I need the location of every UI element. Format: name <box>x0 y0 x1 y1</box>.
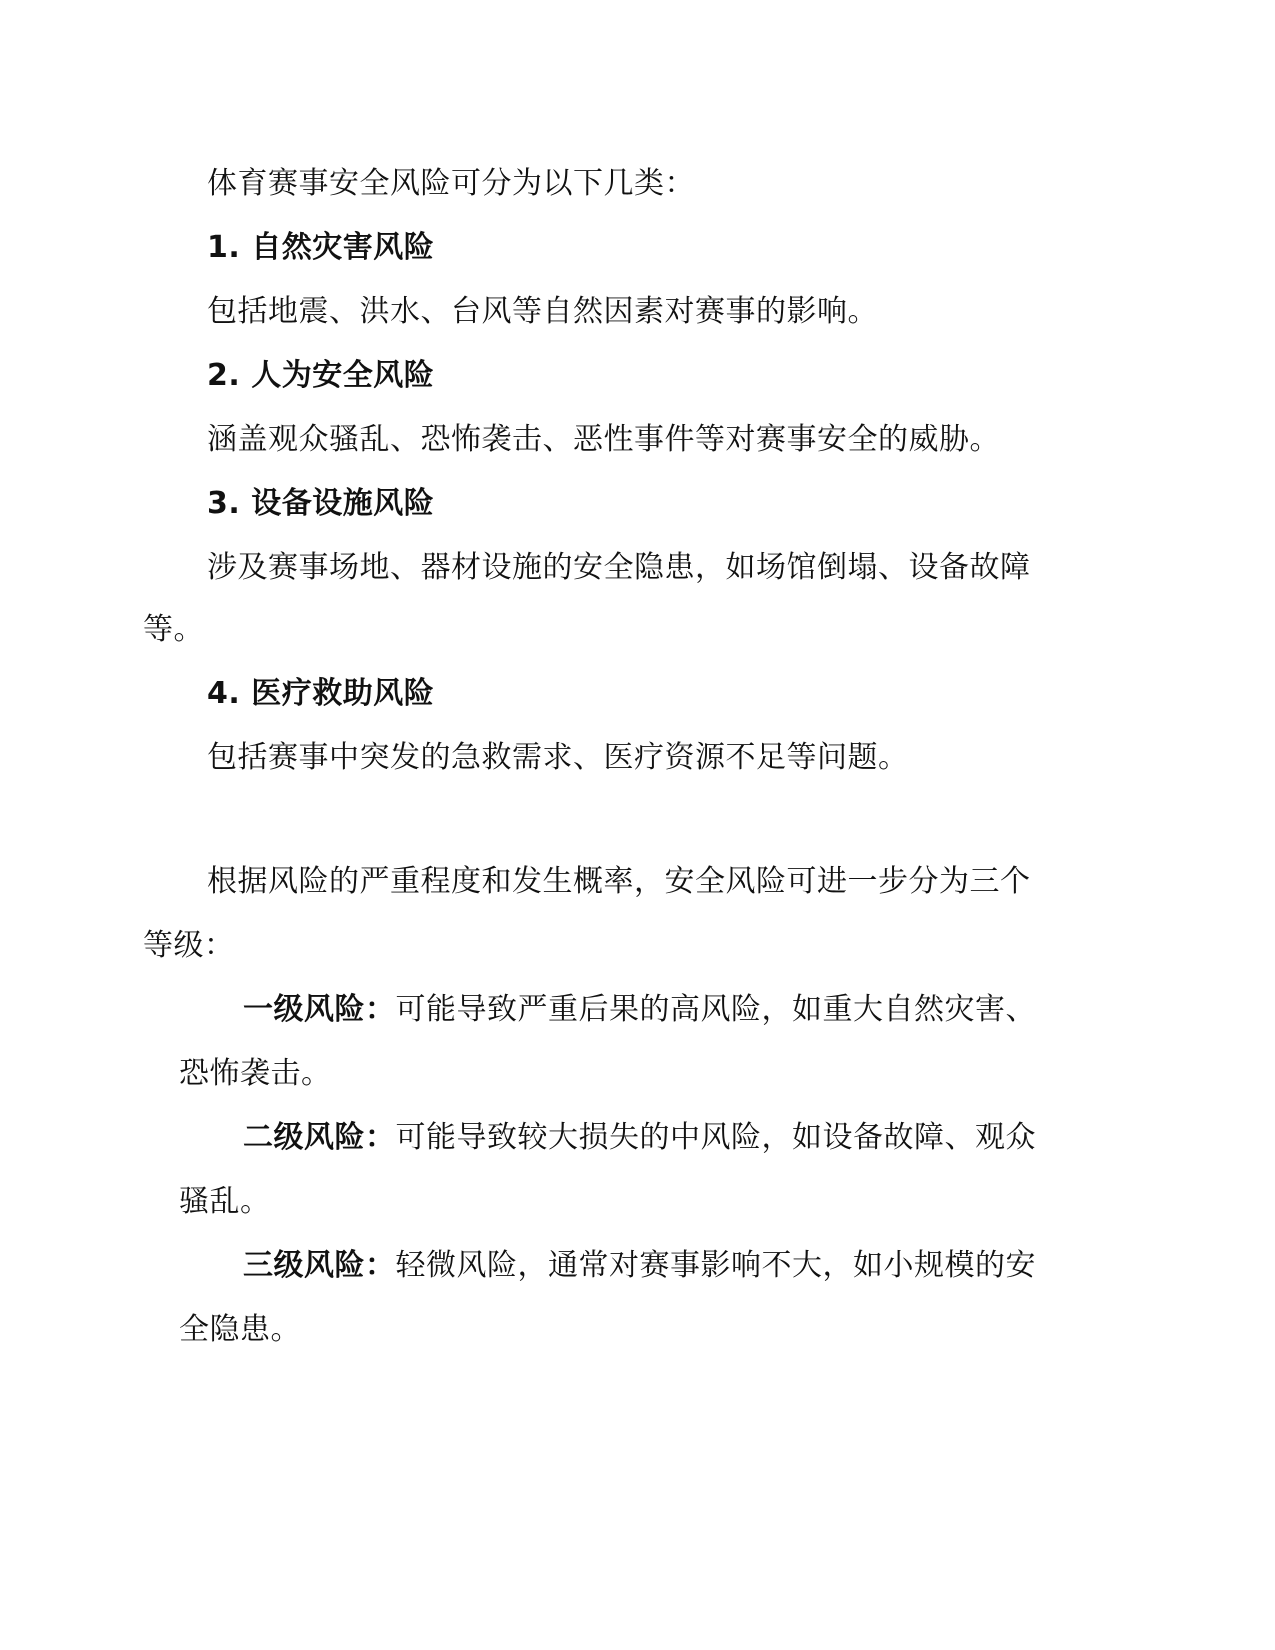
category-desc: 涵盖观众骚乱、恐怖袭击、恶性事件等对赛事安全的威胁。 <box>207 420 1000 460</box>
category-heading: 1. 自然灾害风险 <box>207 228 434 268</box>
category-heading: 3. 设备设施风险 <box>207 484 434 524</box>
level-text-cont: 全隐患。 <box>179 1310 301 1350</box>
category-desc: 涉及赛事场地、器材设施的安全隐患，如场馆倒塌、设备故障 <box>207 548 1031 588</box>
level-text: 可能导致严重后果的高风险，如重大自然灾害、 <box>396 992 1037 1027</box>
level-text: 可能导致较大损失的中风险，如设备故障、观众 <box>396 1120 1037 1155</box>
category-desc: 包括赛事中突发的急救需求、医疗资源不足等问题。 <box>207 738 909 778</box>
category-heading: 2. 人为安全风险 <box>207 356 434 396</box>
category-desc-cont: 等。 <box>143 610 204 650</box>
level-text: 轻微风险，通常对赛事影响不大，如小规模的安 <box>396 1248 1037 1283</box>
category-desc: 包括地震、洪水、台风等自然因素对赛事的影响。 <box>207 292 878 332</box>
level-text-cont: 骚乱。 <box>179 1182 271 1222</box>
levels-intro-cont: 等级： <box>143 926 235 966</box>
level-label: 一级风险： <box>243 992 396 1027</box>
level-label: 二级风险： <box>243 1120 396 1155</box>
level-label: 三级风险： <box>243 1248 396 1283</box>
level-item: 三级风险：轻微风险，通常对赛事影响不大，如小规模的安 <box>243 1246 1036 1286</box>
level-item: 二级风险：可能导致较大损失的中风险，如设备故障、观众 <box>243 1118 1036 1158</box>
level-text-cont: 恐怖袭击。 <box>179 1054 332 1094</box>
intro-text: 体育赛事安全风险可分为以下几类： <box>207 164 695 204</box>
category-heading: 4. 医疗救助风险 <box>207 674 434 714</box>
levels-intro: 根据风险的严重程度和发生概率，安全风险可进一步分为三个 <box>207 862 1031 902</box>
level-item: 一级风险：可能导致严重后果的高风险，如重大自然灾害、 <box>243 990 1036 1030</box>
